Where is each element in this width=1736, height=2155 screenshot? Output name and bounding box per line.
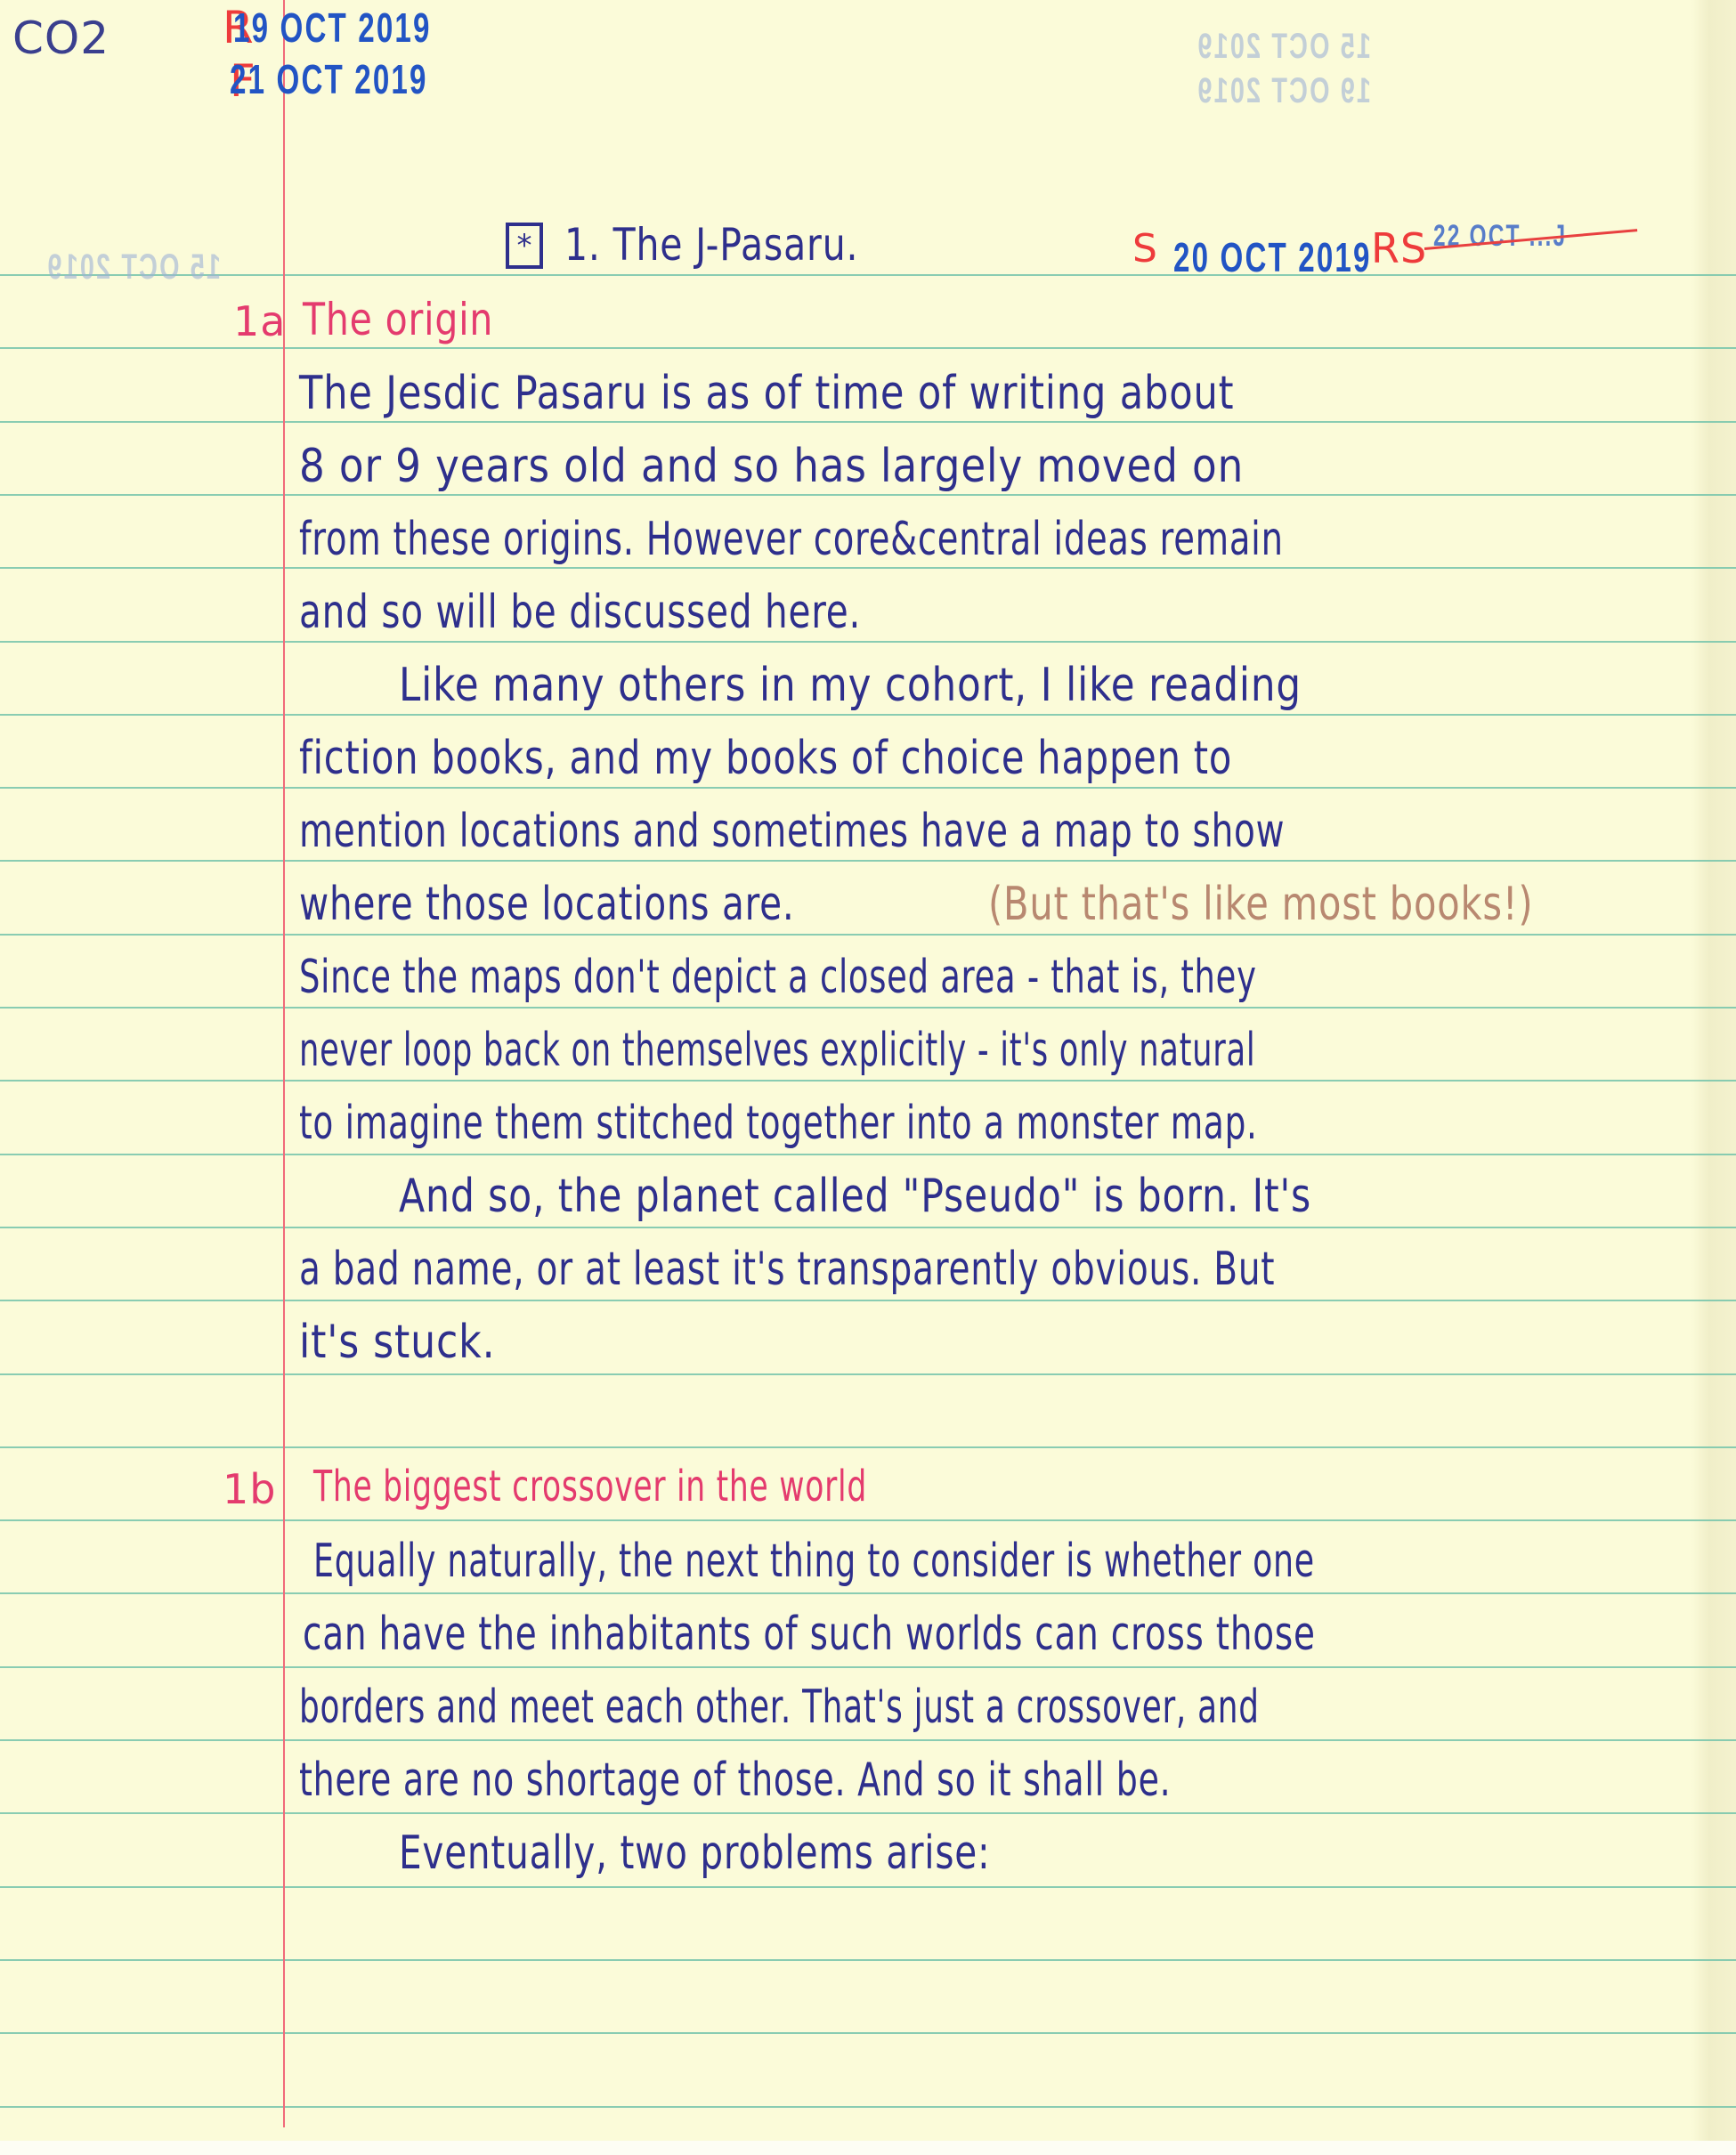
aside-note: (But that's like most books!) (988, 878, 1533, 931)
document-code: CO2 (12, 12, 110, 64)
ruled-line (0, 1886, 1736, 1888)
text-line: mention locations and sometimes have a m… (299, 805, 1285, 858)
rs-label: RS (1371, 224, 1427, 272)
ruled-line (0, 274, 1736, 276)
ruled-line (0, 1739, 1736, 1741)
text-line: Equally naturally, the next thing to con… (313, 1535, 1315, 1588)
starred-box-icon: * (506, 223, 543, 269)
ruled-line (0, 1007, 1736, 1009)
ruled-line (0, 1519, 1736, 1521)
text-line: The Jesdic Pasaru is as of time of writi… (299, 367, 1234, 420)
section-heading-1a: The origin (303, 294, 493, 345)
text-line: 8 or 9 years old and so has largely move… (299, 440, 1244, 493)
ghost-stamp-2: 19 OCT 2019 (1196, 71, 1371, 111)
s-label: S (1132, 226, 1158, 271)
ruled-line (0, 641, 1736, 643)
ruled-line (0, 2032, 1736, 2034)
ghost-stamp-margin: 15 OCT 2019 (45, 247, 221, 288)
ruled-line (0, 567, 1736, 569)
ruled-line (0, 934, 1736, 936)
ruled-line (0, 1080, 1736, 1082)
text-line: where those locations are. (299, 878, 795, 931)
text-line: a bad name, or at least it's transparent… (299, 1243, 1275, 1296)
s-date-stamp: 20 OCT 2019 (1173, 233, 1372, 281)
text-line: it's stuck. (299, 1316, 496, 1369)
section-heading-1b: The biggest crossover in the world (313, 1462, 867, 1511)
ruled-line (0, 347, 1736, 349)
ruled-line (0, 1154, 1736, 1155)
ruled-line (0, 1300, 1736, 1301)
text-line: Like many others in my cohort, I like re… (399, 659, 1302, 712)
ruled-line (0, 1959, 1736, 1961)
page-bottom-edge (0, 2141, 1736, 2155)
received-date-stamp: 19 OCT 2019 (233, 4, 432, 52)
text-line: and so will be discussed here. (299, 586, 861, 639)
ruled-line (0, 421, 1736, 423)
text-line: Eventually, two problems arise: (399, 1827, 990, 1880)
ruled-line (0, 1227, 1736, 1228)
ruled-line (0, 860, 1736, 862)
text-line: there are no shortage of those. And so i… (299, 1754, 1171, 1807)
ruled-line (0, 1446, 1736, 1448)
text-line: from these origins. However core&central… (299, 513, 1284, 566)
ruled-line (0, 1666, 1736, 1668)
section-number-1a: 1a (233, 297, 286, 345)
ruled-line (0, 1812, 1736, 1814)
text-line: can have the inhabitants of such worlds … (303, 1608, 1316, 1661)
notebook-page: CO2 R F 19 OCT 2019 21 OCT 2019 15 OCT 2… (0, 0, 1736, 2155)
text-line: fiction books, and my books of choice ha… (299, 732, 1232, 785)
text-line: And so, the planet called "Pseudo" is bo… (399, 1170, 1311, 1223)
ruled-line (0, 2106, 1736, 2108)
ghost-stamp-1: 15 OCT 2019 (1196, 27, 1371, 67)
ruled-line (0, 1373, 1736, 1375)
ruled-line (0, 494, 1736, 496)
section-number-1b: 1b (223, 1465, 276, 1513)
ruled-line (0, 714, 1736, 716)
text-line: borders and meet each other. That's just… (299, 1681, 1260, 1734)
text-line: Since the maps don't depict a closed are… (299, 951, 1257, 1004)
text-line: to imagine them stitched together into a… (299, 1097, 1258, 1150)
text-line: never loop back on themselves explicitly… (299, 1024, 1255, 1077)
filed-date-stamp: 21 OCT 2019 (230, 55, 428, 103)
ruled-line (0, 1592, 1736, 1594)
ruled-line (0, 787, 1736, 789)
page-title: 1. The J-Pasaru. (564, 219, 858, 271)
